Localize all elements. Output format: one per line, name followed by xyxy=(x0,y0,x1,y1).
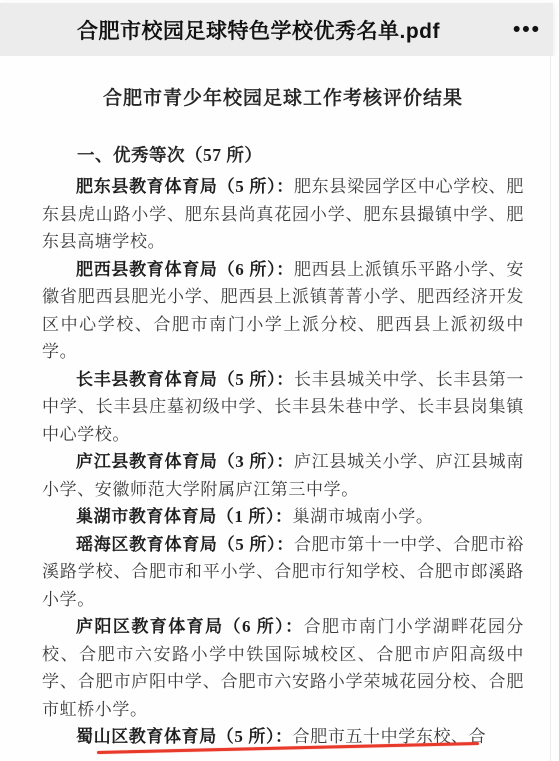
page-edge-line xyxy=(550,56,551,761)
bureau-paragraph: 瑶海区教育体育局（5 所）：合肥市第十一中学、合肥市裕溪路学校、合肥市和平小学、… xyxy=(42,531,524,614)
bureau-paragraph: 巢湖市教育体育局（1 所）：巢湖市城南小学。 xyxy=(42,503,524,531)
file-preview-screen: 合肥市校园足球特色学校优秀名单.pdf ••• 合肥市青少年校园足球工作考核评价… xyxy=(0,0,559,761)
bureau-name: 肥西县教育体育局（6 所）： xyxy=(76,260,294,279)
more-menu-button[interactable]: ••• xyxy=(511,12,543,45)
paragraph-list: 肥东县教育体育局（5 所）：肥东县梁园学区中心学校、肥东县虎山路小学、肥东县尚真… xyxy=(42,173,524,751)
bureau-name: 蜀山区教育体育局（5 所）： xyxy=(76,727,293,746)
bureau-paragraph: 肥东县教育体育局（5 所）：肥东县梁园学区中心学校、肥东县虎山路小学、肥东县尚真… xyxy=(42,173,524,256)
bureau-name: 庐江县教育体育局（3 所）： xyxy=(76,452,294,471)
bureau-name: 庐阳区教育体育局（6 所）： xyxy=(76,617,304,636)
bureau-name: 肥东县教育体育局（5 所）： xyxy=(76,177,294,196)
bureau-paragraph: 庐阳区教育体育局（6 所）：合肥市南门小学湖畔花园分校、合肥市六安路小学中铁国际… xyxy=(42,613,524,723)
bureau-paragraph: 长丰县教育体育局（5 所）：长丰县城关中学、长丰县第一中学、长丰县庄墓初级中学、… xyxy=(42,366,524,449)
bureau-paragraph: 庐江县教育体育局（3 所）：庐江县城关小学、庐江县城南小学、安徽师范大学附属庐江… xyxy=(42,448,524,503)
bureau-paragraph: 肥西县教育体育局（6 所）：肥西县上派镇乐平路小学、安徽省肥西县肥光小学、肥西县… xyxy=(42,256,524,366)
bureau-name: 长丰县教育体育局（5 所）： xyxy=(76,370,294,389)
file-viewer-header: 合肥市校园足球特色学校优秀名单.pdf ••• xyxy=(0,3,553,56)
section-heading: 一、优秀等次（57 所） xyxy=(42,144,524,166)
file-title: 合肥市校园足球特色学校优秀名单.pdf xyxy=(0,3,517,56)
bureau-name: 巢湖市教育体育局（1 所）： xyxy=(76,507,293,526)
pdf-page[interactable]: 合肥市青少年校园足球工作考核评价结果 一、优秀等次（57 所） 肥东县教育体育局… xyxy=(0,56,559,761)
document-title: 合肥市青少年校园足球工作考核评价结果 xyxy=(42,88,524,110)
bureau-name: 瑶海区教育体育局（5 所）： xyxy=(76,535,294,554)
school-list: 巢湖市城南小学。 xyxy=(293,507,434,526)
